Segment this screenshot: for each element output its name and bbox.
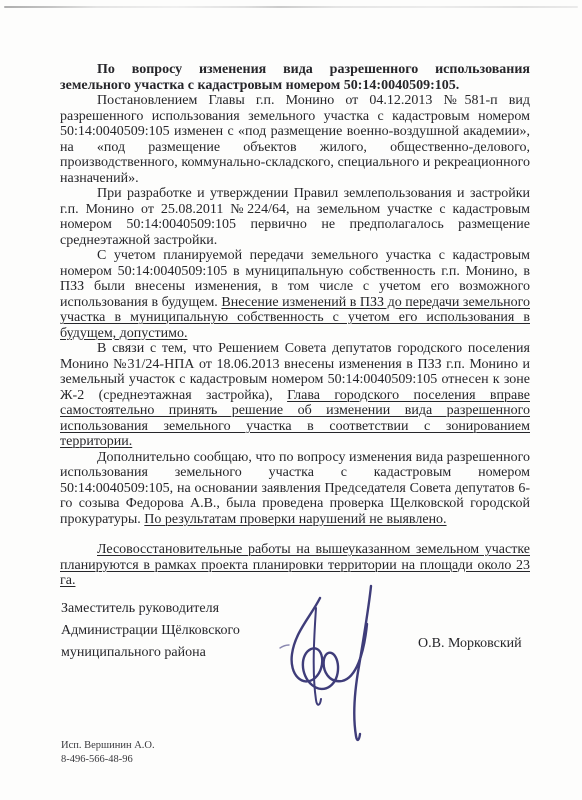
- paragraph-text: Постановлением Главы г.п. Монино от 04.1…: [60, 93, 530, 186]
- signatory-title-line: муниципального района: [61, 642, 240, 664]
- underlined-statement: По результатам проверки нарушений не выя…: [144, 512, 446, 527]
- paragraph-resolution: Постановлением Главы г.п. Монино от 04.1…: [60, 93, 530, 186]
- paragraph-zone-zh2: В связи с тем, что Решением Совета депут…: [60, 341, 530, 450]
- scanned-letter-page: По вопросу изменения вида разрешенного и…: [0, 0, 582, 800]
- letter-subject-heading: По вопросу изменения вида разрешенного и…: [60, 62, 530, 93]
- scan-edge-artifact: [4, 6, 578, 8]
- paragraph-transfer-to-municipal: С учетом планируемой передачи земельного…: [60, 248, 530, 341]
- signatory-title-line: Заместитель руководителя: [61, 598, 240, 620]
- signer-name: О.В. Морковский: [418, 636, 522, 652]
- handwritten-signature-icon: [278, 578, 390, 750]
- signatory-title-line: Администрации Щёлковского: [61, 620, 240, 642]
- signatory-title-block: Заместитель руководителя Администрации Щ…: [61, 598, 240, 664]
- letter-body: По вопросу изменения вида разрешенного и…: [60, 62, 530, 589]
- paragraph-prosecutor-check: Дополнительно сообщаю, что по вопросу из…: [60, 450, 530, 528]
- paragraph-land-use-rules: При разработке и утверждении Правил земл…: [60, 186, 530, 248]
- paragraph-text: При разработке и утверждении Правил земл…: [60, 186, 530, 248]
- executor-name: Исп. Вершинин А.О.: [61, 739, 155, 753]
- executor-phone: 8-496-566-48-96: [61, 753, 155, 767]
- executor-footer: Исп. Вершинин А.О. 8-496-566-48-96: [61, 739, 155, 766]
